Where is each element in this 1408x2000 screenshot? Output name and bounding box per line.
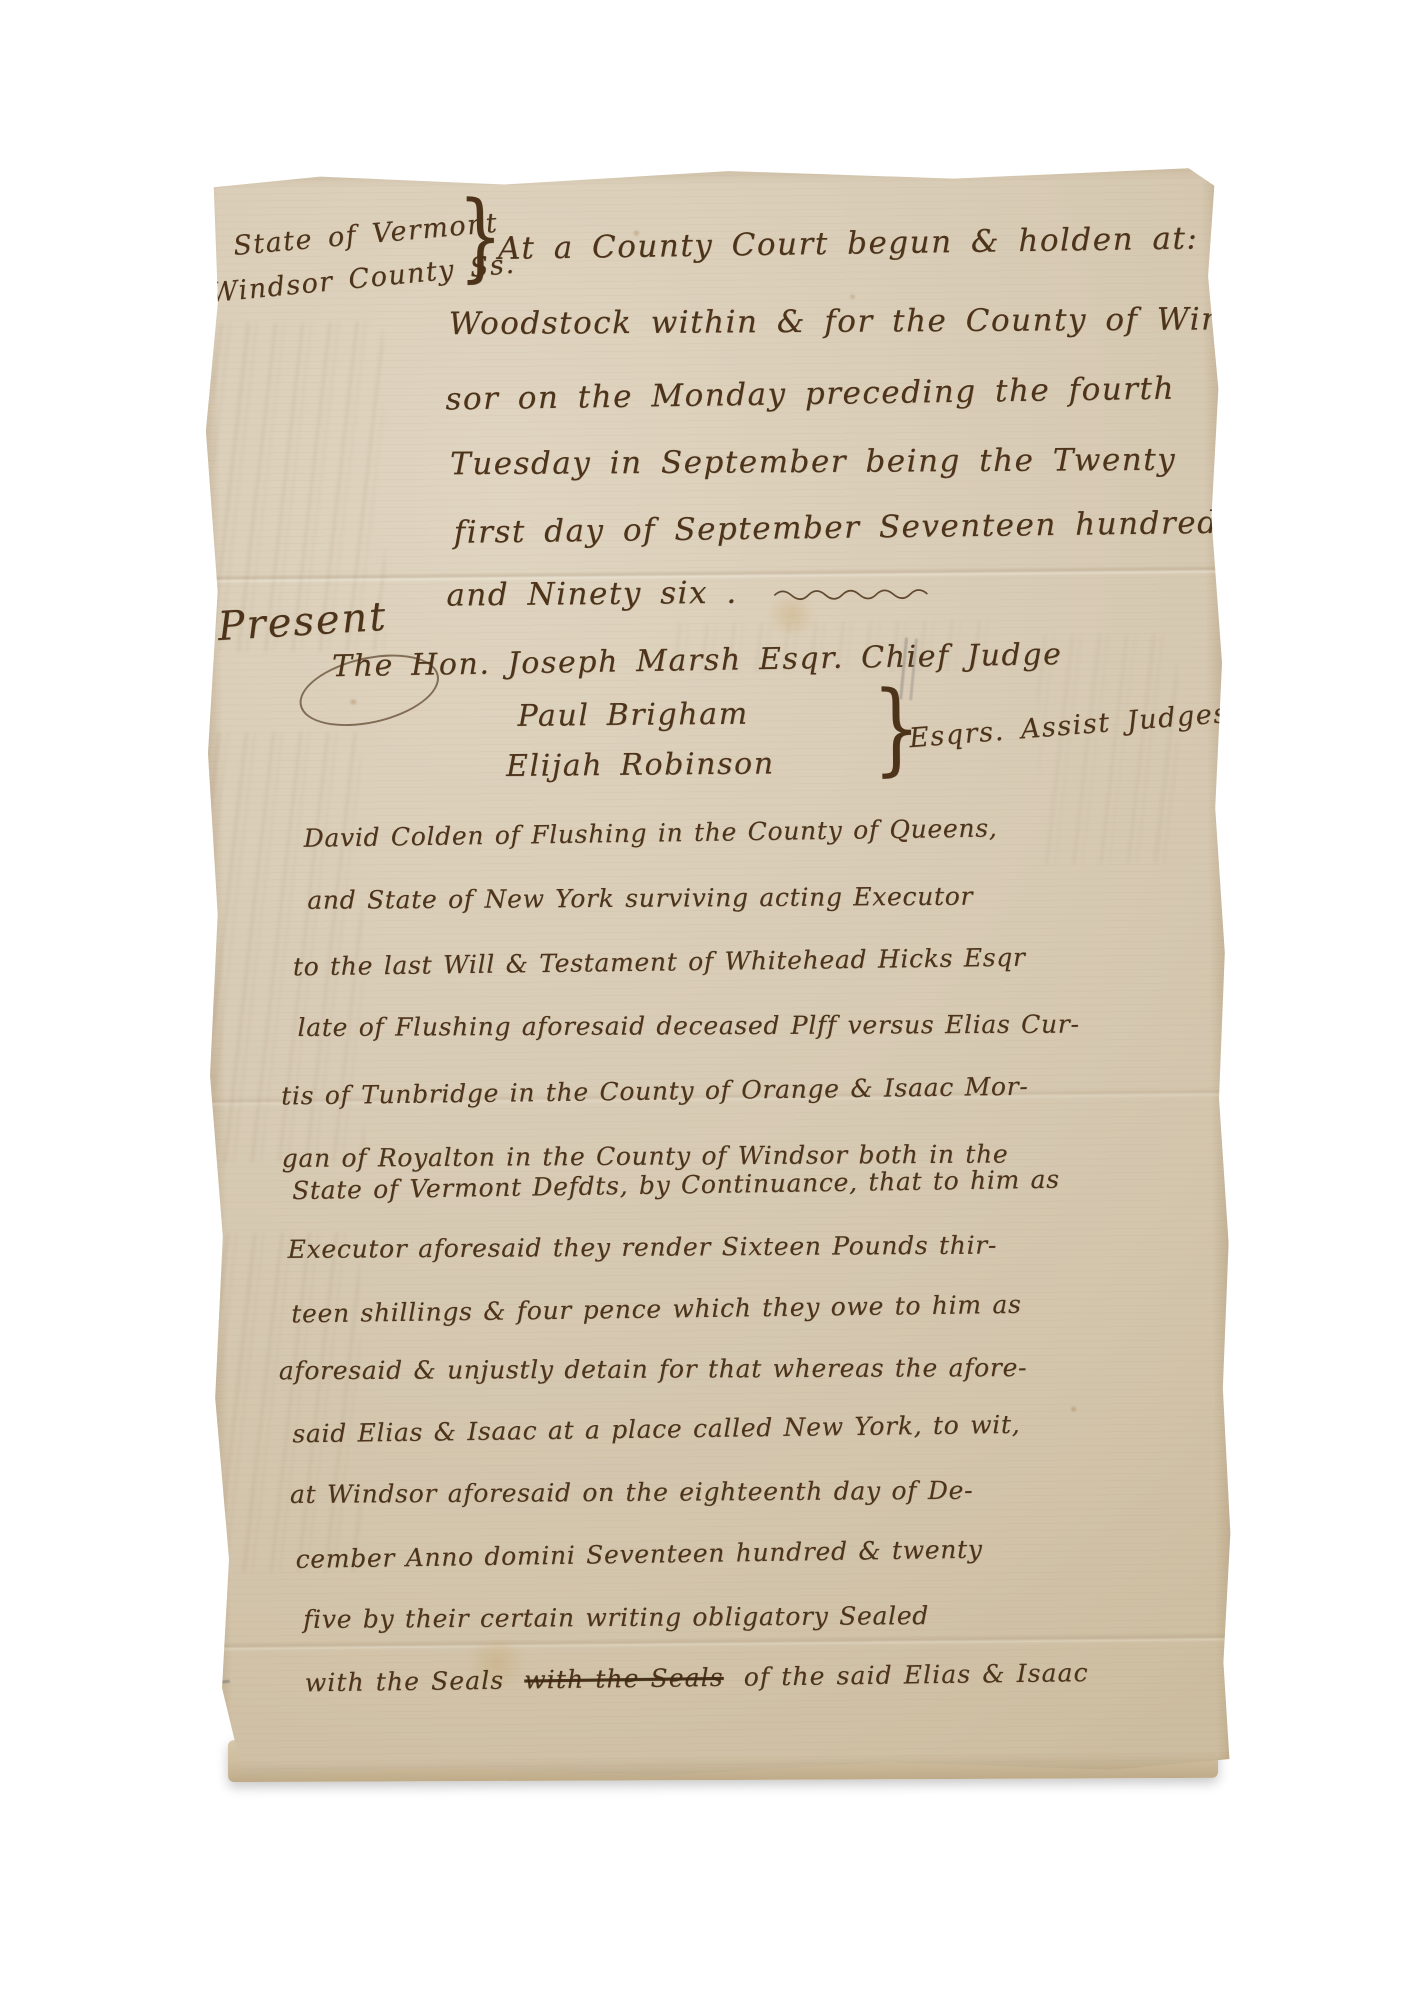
caption-line-6: and Ninety six . <box>446 576 942 612</box>
body-line-8: Executor aforesaid they render Sixteen P… <box>288 1233 998 1262</box>
body-line-15-post: of the said Elias & Isaac <box>744 1658 1089 1692</box>
judge-assistant-2: Elijah Robinson <box>506 749 775 782</box>
body-line-12: at Windsor aforesaid on the eighteenth d… <box>290 1478 973 1507</box>
present-label: Present <box>217 597 389 647</box>
caption-line-2: Woodstock within & for the County of Win… <box>449 304 1256 340</box>
manuscript-paper: State of Vermont Windsor County Ss. } At… <box>197 163 1234 1785</box>
body-line-15-pre: with the Seals <box>305 1666 505 1698</box>
body-line-3: to the last Will & Testament of Whitehea… <box>293 945 1026 980</box>
body-line-5: tis of Tunbridge in the County of Orange… <box>281 1074 1029 1109</box>
body-line-9: teen shillings & four pence which they o… <box>291 1292 1022 1327</box>
body-line-10: aforesaid & unjustly detain for that whe… <box>279 1355 1027 1383</box>
caption-line-5: first day of September Seventeen hundred <box>454 508 1219 549</box>
caption-line-6-text: and Ninety six . <box>446 575 738 614</box>
judges-assist-title: Esqrs. Assist Judges <box>908 700 1230 752</box>
body-line-7: State of Vermont Defdts, by Continuance,… <box>292 1167 1060 1203</box>
body-line-15: with the Seals with the Seals of the sai… <box>305 1660 1089 1695</box>
fox-spot <box>1071 1407 1076 1412</box>
body-line-14: five by their certain writing obligatory… <box>303 1603 929 1632</box>
pen-flourish-squiggle <box>772 585 942 603</box>
caption-line-3: sor on the Monday preceding the fourth <box>445 374 1175 416</box>
body-line-15-struck-text: with the Seals <box>524 1663 724 1695</box>
body-line-4: late of Flushing aforesaid deceased Plff… <box>297 1012 1079 1040</box>
body-line-13: cember Anno domini Seventeen hundred & t… <box>295 1537 982 1572</box>
body-line-2: and State of New York surviving acting E… <box>307 884 973 913</box>
judge-assistant-1: Paul Brigham <box>517 700 748 732</box>
judge-chief-line: The Hon. Joseph Marsh Esqr. Chief Judge <box>332 640 1063 682</box>
caption-line-1: At a County Court begun & holden at: <box>498 224 1199 265</box>
caption-line-4: Tuesday in September being the Twenty <box>450 445 1176 480</box>
body-line-1: David Colden of Flushing in the County o… <box>303 815 997 850</box>
pencil-dash-margin-mark <box>204 1680 230 1685</box>
manuscript-photo: State of Vermont Windsor County Ss. } At… <box>0 0 1408 2000</box>
body-line-11: said Elias & Isaac at a place called New… <box>292 1412 1020 1447</box>
fold-crease-lower <box>211 1633 1233 1652</box>
ghost-writing-left-lower <box>219 1231 362 1572</box>
venue-brace: } <box>458 188 503 284</box>
ink-speck <box>850 295 854 299</box>
